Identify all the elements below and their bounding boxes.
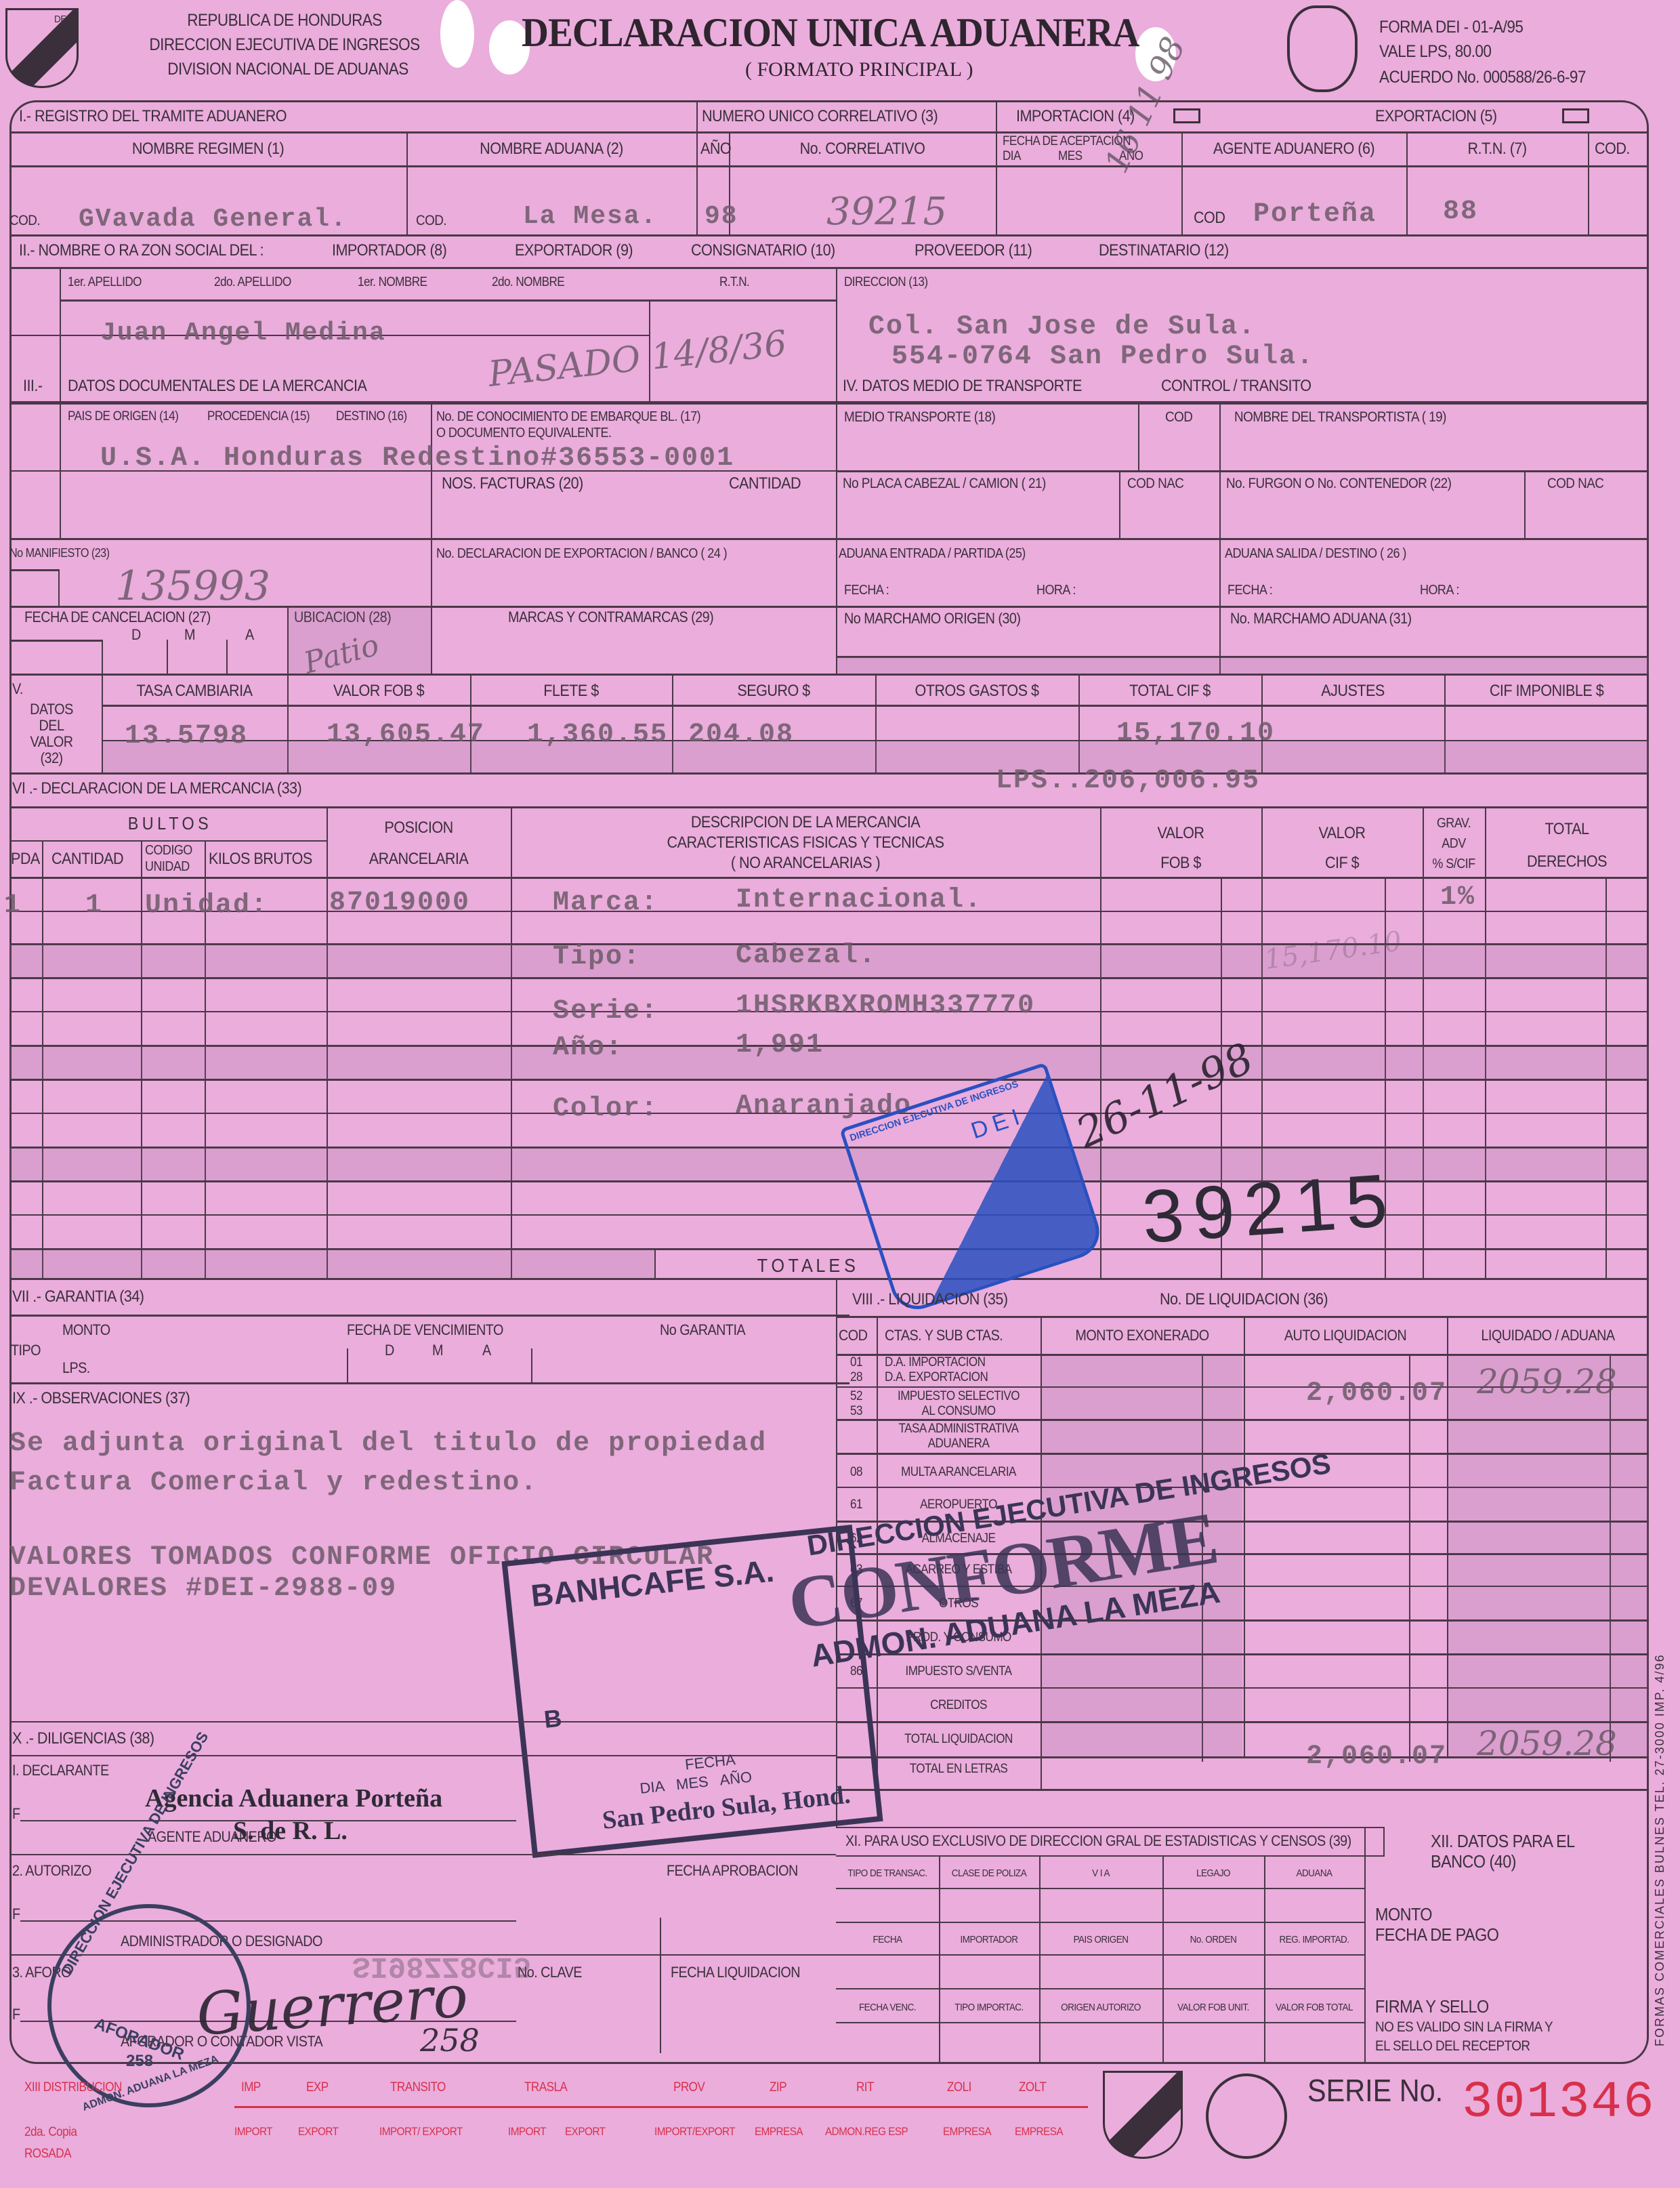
auto-liquidacion-value[interactable]: 2,060.07: [1306, 1378, 1447, 1409]
desc-value-anio[interactable]: 1,991: [736, 1030, 824, 1060]
issuer-line-1: REPUBLICA DE HONDURAS: [156, 11, 413, 30]
desc-label-2: CARACTERISTICAS FISICAS Y TECNICAS: [541, 833, 1071, 852]
adv-label: ADV: [1426, 836, 1482, 852]
liquidado-aduana-handwritten: 2059.28: [1477, 1362, 1617, 1401]
issuer-line-3: DIVISION NACIONAL DE ADUANAS: [145, 60, 432, 79]
dist-top-transito: TRANSITO: [390, 2080, 446, 2095]
section-1-title: I.- REGISTRO DEL TRAMITE ADUANERO: [19, 107, 287, 126]
desc-key-tipo: Tipo:: [553, 942, 641, 972]
total-liquidado-handwritten: 2059.28: [1477, 1724, 1617, 1763]
section-9-title: IX .- OBSERVACIONES (37): [12, 1389, 190, 1408]
dist-bottom-2: IMPORT/ EXPORT: [379, 2125, 463, 2139]
section-6-title: VI .- DECLARACION DE LA MERCANCIA (33): [12, 779, 301, 798]
banco-monto-label: MONTO: [1375, 1904, 1432, 1925]
col-dia: DIA: [1003, 149, 1021, 164]
aduana-salida-label: ADUANA SALIDA / DESTINO ( 26 ): [1225, 546, 1406, 562]
fecha-cancelacion-d: D: [131, 626, 141, 644]
dist-bottom-7: ADMON.REG ESP: [825, 2125, 908, 2139]
desc-key-color: Color:: [553, 1094, 658, 1124]
cod-label-agent: COD: [1194, 209, 1225, 228]
section-4-title: IV. DATOS MEDIO DE TRANSPORTE: [843, 377, 1082, 396]
col-correlativo: No. CORRELATIVO: [742, 140, 983, 159]
unidad-label: UNIDAD: [145, 859, 190, 875]
exportacion-checkbox[interactable]: [1562, 108, 1589, 123]
pda-label: PDA: [11, 850, 40, 869]
dist-top-imp: IMP: [241, 2080, 261, 2095]
header-fob: VALOR FOB $: [297, 682, 461, 701]
desc-key-serie: Serie:: [553, 996, 658, 1027]
vencimiento-d: D: [385, 1342, 394, 1359]
liq-row-cod-0a: 01: [838, 1355, 875, 1370]
header-seguro: SEGURO $: [682, 682, 865, 701]
banhcafe-stamp-b: B: [543, 1704, 563, 1733]
desc-key-marca: Marca:: [553, 888, 658, 918]
monto-label: MONTO: [62, 1321, 110, 1339]
cod-nac-label-2: COD NAC: [1547, 476, 1603, 492]
form-title: DECLARACION UNICA ADUANERA: [522, 9, 1139, 56]
placa-label: No PLACA CABEZAL / CAMION ( 21): [843, 476, 1046, 492]
totales-label: T O T A L E S: [727, 1255, 885, 1277]
aforo-number-handwritten: 258: [420, 2022, 480, 2059]
form-agreement: ACUERDO No. 000588/26-6-97: [1379, 68, 1586, 87]
aduana-entrada-label: ADUANA ENTRADA / PARTIDA (25): [839, 546, 1026, 562]
dist-top-prov: PROV: [673, 2080, 705, 2095]
estad-row1-2: V I A: [1045, 1867, 1156, 1879]
banco-firma-label: FIRMA Y SELLO: [1375, 1996, 1489, 2017]
vencimiento-label: FECHA DE VENCIMIENTO: [347, 1321, 503, 1339]
direccion-label: DIRECCION (13): [844, 275, 928, 290]
destino-label: DESTINO (16): [336, 409, 407, 424]
marcas-label: MARCAS Y CONTRAMARCAS (29): [508, 608, 713, 626]
apellido2-label: 2do. APELLIDO: [214, 275, 291, 290]
punch-hole: [440, 0, 474, 68]
banco-no-valido-1: NO ES VALIDO SIN LA FIRMA Y: [1375, 2019, 1553, 2036]
facturas-label: NOS. FACTURAS (20): [442, 474, 583, 493]
proveedor-label: PROVEEDOR (11): [915, 241, 1032, 260]
item-cantidad[interactable]: 1: [85, 890, 103, 921]
rtn-label: R.T.N.: [719, 275, 749, 290]
dist-bottom-5: IMPORT/EXPORT: [654, 2125, 735, 2139]
hora-salida-label: HORA :: [1420, 583, 1459, 598]
col-anio: AÑO: [700, 140, 731, 159]
declarante-f: F: [12, 1805, 20, 1823]
liq-row-cod-4: 61: [838, 1498, 875, 1512]
dist-top-zip: ZIP: [770, 2080, 786, 2095]
col-aduana: NOMBRE ADUANA (2): [421, 140, 681, 159]
section-3-title-2: DATOS DOCUMENTALES DE LA MERCANCIA: [68, 377, 366, 396]
header-flete: FLETE $: [480, 682, 662, 701]
cif-label: CIF $: [1269, 854, 1414, 873]
fecha-cancelacion-label: FECHA DE CANCELACION (27): [24, 608, 211, 626]
col-agente: AGENTE ADUANERO (6): [1193, 140, 1395, 159]
valor-fob-label: VALOR: [1108, 824, 1253, 843]
arancelaria-label: ARANCELARIA: [336, 850, 502, 869]
printer-vertical-text: FORMAS COMERCIALES BULNES TEL. 27-3000 I…: [1653, 1653, 1667, 2046]
distribution-red-line: [234, 2106, 1088, 2108]
correlativo-handwritten: 39215: [826, 190, 947, 234]
destinatario-label: DESTINATARIO (12): [1099, 241, 1229, 260]
section-8-title: VIII .- LIQUIDACION (35): [852, 1290, 1007, 1309]
liq-row-label-9: IMPUESTO S/VENTA: [885, 1664, 1032, 1679]
header-total-cif: TOTAL CIF $: [1088, 682, 1253, 701]
dei-logo-label: DEI: [54, 14, 68, 25]
col-rtn: R.T.N. (7): [1415, 140, 1578, 159]
seguro-value[interactable]: 204.08: [688, 720, 794, 750]
section-5-v: V.: [12, 680, 23, 698]
aduana-value[interactable]: La Mesa.: [523, 202, 657, 231]
banhcafe-stamp: BANHCAFE S.A. B FECHA DIA MES AÑO San Pe…: [501, 1525, 883, 1858]
liq-col-ctas: CTAS. Y SUB CTAS.: [885, 1327, 1003, 1344]
section-5-num: (32): [14, 749, 89, 767]
codigo-label: CODIGO: [145, 843, 192, 859]
liq-row-cod-3: 08: [838, 1465, 875, 1480]
liquidation-stamp-number: 39215: [1139, 1157, 1400, 1260]
estad-row3-2: ORIGEN AUTORIZO: [1045, 2002, 1156, 2013]
nombre2-label: 2do. NOMBRE: [492, 275, 564, 290]
banco-fecha-pago-label: FECHA DE PAGO: [1375, 1924, 1498, 1945]
dist-bottom-9: EMPRESA: [1015, 2125, 1063, 2139]
autorizo-f: F: [12, 1905, 20, 1923]
dist-bottom-3: IMPORT: [508, 2125, 546, 2139]
liq-row-label-0a: D.A. IMPORTACION: [885, 1355, 985, 1370]
col-regimen: NOMBRE REGIMEN (1): [29, 140, 386, 159]
observation-line-2[interactable]: Factura Comercial y redestino.: [9, 1468, 538, 1498]
autorizo-label: 2. AUTORIZO: [12, 1862, 91, 1880]
aforo-f: F: [12, 2006, 20, 2023]
vencimiento-m: M: [432, 1342, 443, 1359]
manifiesto-label: No MANIFIESTO (23): [9, 546, 110, 560]
exportador-label: EXPORTADOR (9): [515, 241, 633, 260]
dist-bottom-1: EXPORT: [298, 2125, 338, 2139]
estad-row3-4: VALOR FOB TOTAL: [1269, 2002, 1359, 2013]
liq-row-label-12: TOTAL EN LETRAS: [885, 1762, 1032, 1777]
derechos-label: DERECHOS: [1493, 852, 1641, 871]
dist-bottom-4: EXPORT: [565, 2125, 605, 2139]
item-posicion[interactable]: 87019000: [329, 888, 470, 918]
form-code: FORMA DEI - 01-A/95: [1379, 18, 1523, 37]
copia-label: 2da. Copia: [24, 2125, 77, 2140]
fecha-liquidacion-label: FECHA LIQUIDACION: [671, 1964, 800, 1981]
transportista-label: NOMBRE DEL TRANSPORTISTA ( 19): [1234, 409, 1446, 426]
header-ajustes: AJUSTES: [1271, 682, 1435, 701]
pais-origen-label: PAIS DE ORIGEN (14): [68, 409, 178, 424]
fecha-cancelacion-m: M: [184, 626, 195, 644]
observation-line-4[interactable]: DEVALORES #DEI-2988-09: [9, 1573, 397, 1604]
liq-row-cod-1b: 53: [838, 1404, 875, 1419]
fob-value[interactable]: 13,605.47: [327, 720, 485, 750]
dei-blue-stamp-center: DEI: [968, 1102, 1028, 1144]
cod-transporte-label: COD: [1165, 409, 1192, 426]
apellido1-label: 1er. APELLIDO: [68, 275, 142, 290]
agencia-stamp-line-1: Agencia Aduanera Porteña: [145, 1783, 442, 1813]
dist-top-zoli: ZOLI: [947, 2080, 971, 2095]
estad-row2-4: REG. IMPORTAD.: [1269, 1934, 1359, 1945]
estad-row3-0: FECHA VENC.: [841, 2002, 934, 2013]
dist-top-rit: RIT: [856, 2080, 874, 2095]
furgon-label: No. FURGON O No. CONTENEDOR (22): [1226, 476, 1451, 492]
regimen-value[interactable]: GVavada General.: [79, 205, 348, 234]
cod-nac-label: COD NAC: [1127, 476, 1183, 492]
no-liquidacion-label: No. DE LIQUIDACION (36): [1160, 1290, 1328, 1309]
estad-row3-1: TIPO IMPORTAC.: [944, 2002, 1034, 2013]
section-2-title: II.- NOMBRE O RA ZON SOCIAL DEL :: [19, 241, 264, 260]
distribucion-label: XIII DISTRIBUCION: [24, 2080, 122, 2095]
liq-row-label-3: MULTA ARANCELARIA: [885, 1465, 1032, 1480]
bultos-label: B U L T O S: [25, 813, 310, 834]
section-11-title: XI. PARA USO EXCLUSIVO DE DIRECCION GRAL…: [845, 1832, 1351, 1850]
fecha-entrada-label: FECHA :: [844, 583, 889, 598]
numero-unico-label: NUMERO UNICO CORRELATIVO (3): [702, 107, 938, 126]
fob-label: FOB $: [1108, 854, 1253, 873]
kilos-label: KILOS BRUTOS: [209, 850, 312, 869]
cod-label-2: COD.: [416, 213, 446, 229]
importacion-checkbox[interactable]: [1173, 108, 1200, 123]
total-cif-value[interactable]: 15,170.10: [1116, 718, 1275, 749]
fecha-cancelacion-a: A: [245, 626, 254, 644]
control-transito-label: CONTROL / TRANSITO: [1161, 377, 1311, 396]
marchamo-aduana-label: No. MARCHAMO ADUANA (31): [1230, 610, 1412, 627]
liq-row-label-0b: D.A. EXPORTACION: [885, 1370, 988, 1385]
desc-label-1: DESCRIPCION DE LA MERCANCIA: [541, 813, 1071, 832]
desc-key-anio: Año:: [553, 1033, 623, 1063]
importador-label: IMPORTADOR (8): [332, 241, 446, 260]
header-tasa: TASA CAMBIARIA: [111, 682, 278, 701]
declarante-label: I. DECLARANTE: [12, 1762, 109, 1779]
liq-col-liquidado: LIQUIDADO / ADUANA: [1457, 1327, 1639, 1344]
item-grav[interactable]: 1%: [1440, 882, 1475, 913]
exportacion-label: EXPORTACION (5): [1375, 107, 1497, 126]
liq-col-cod: COD: [839, 1327, 867, 1344]
section-5-valor: VALOR: [14, 733, 89, 751]
estad-row1-3: LEGAJO: [1168, 1867, 1259, 1879]
dei-footer-logo-icon: [1103, 2071, 1183, 2159]
section-7-title: VII .- GARANTIA (34): [12, 1287, 144, 1306]
desc-label-3: ( NO ARANCELARIAS ): [541, 854, 1071, 873]
section-5-datos: DATOS: [14, 701, 89, 718]
cantidad-label-6: CANTIDAD: [51, 850, 123, 869]
conocimiento-label: No. DE CONOCIMIENTO DE EMBARQUE BL. (17): [436, 409, 700, 425]
section-12-title-2: BANCO (40): [1431, 1851, 1516, 1872]
form-subtitle: ( FORMATO PRINCIPAL ): [745, 58, 973, 81]
dist-top-exp: EXP: [306, 2080, 329, 2095]
total-label: TOTAL: [1493, 820, 1641, 839]
liq-row-label-10: CREDITOS: [885, 1698, 1032, 1713]
desc-value-marca[interactable]: Internacional.: [736, 885, 982, 915]
fecha-salida-label: FECHA :: [1227, 583, 1272, 598]
contraloria-seal-icon: [1206, 2073, 1287, 2159]
section-10-title: X .- DILIGENCIAS (38): [12, 1729, 154, 1748]
estad-row2-3: No. ORDEN: [1168, 1934, 1259, 1945]
item-unidad[interactable]: Unidad:: [145, 890, 268, 921]
lps-total-value[interactable]: LPS..206,006.95: [996, 766, 1260, 796]
dist-bottom-6: EMPRESA: [755, 2125, 803, 2139]
desc-value-tipo[interactable]: Cabezal.: [736, 941, 877, 971]
honduras-coat-of-arms-icon: [1287, 5, 1358, 92]
grav-label: GRAV.: [1426, 816, 1482, 831]
importer-name-value[interactable]: Juan Angel Medina: [100, 318, 386, 348]
doc-equivalente-label: O DOCUMENTO EQUIVALENTE.: [436, 426, 611, 441]
liq-row-label-1a: IMPUESTO SELECTIVO: [885, 1389, 1032, 1404]
issuer-line-2: DIRECCION EJECUTIVA DE INGRESOS: [126, 35, 443, 55]
liq-row-cod-0b: 28: [838, 1370, 875, 1385]
estad-row1-0: TIPO DE TRANSAC.: [841, 1867, 934, 1879]
procedencia-label: PROCEDENCIA (15): [207, 409, 310, 424]
cantidad-label: CANTIDAD: [729, 474, 801, 493]
customs-declaration-form: DEI REPUBLICA DE HONDURAS DIRECCION EJEC…: [0, 0, 1680, 2188]
section-3-title: III.-: [23, 377, 43, 396]
liq-col-auto: AUTO LIQUIDACION: [1254, 1327, 1437, 1344]
dist-bottom-0: IMPORT: [234, 2125, 272, 2139]
liq-col-exonerado: MONTO EXONERADO: [1051, 1327, 1234, 1344]
header-cif-imponible: CIF IMPONIBLE $: [1454, 682, 1639, 701]
vencimiento-a: A: [482, 1342, 491, 1359]
estad-row1-4: ADUANA: [1269, 1867, 1359, 1879]
dist-top-trasla: TRASLA: [524, 2080, 567, 2095]
cod-label: COD.: [9, 213, 40, 229]
posicion-label: POSICION: [336, 819, 502, 838]
estad-row2-1: IMPORTADOR: [944, 1934, 1034, 1945]
dist-bottom-8: EMPRESA: [943, 2125, 991, 2139]
valor-cif-label: VALOR: [1269, 824, 1414, 843]
col-mes: MES: [1058, 149, 1082, 164]
address-line-1[interactable]: Col. San Jose de Sula.: [868, 312, 1256, 342]
liq-row-label-2b: ADUANERA: [885, 1437, 1032, 1451]
rtn-value[interactable]: 88: [1443, 197, 1478, 227]
col-cod: COD.: [1595, 140, 1630, 159]
nombre1-label: 1er. NOMBRE: [358, 275, 427, 290]
aforador-round-seal: DIRECCION EJECUTIVA DE INGRESOS AFORADOR…: [47, 1904, 251, 2107]
agente-value[interactable]: Porteña: [1253, 199, 1377, 230]
dist-top-zolt: ZOLT: [1019, 2080, 1046, 2095]
banco-no-valido-2: EL SELLO DEL RECEPTOR: [1375, 2038, 1530, 2055]
total-auto-value[interactable]: 2,060.07: [1306, 1741, 1447, 1772]
estad-row2-2: PAIS ORIGEN: [1045, 1934, 1156, 1945]
address-line-2[interactable]: 554-0764 San Pedro Sula.: [891, 342, 1314, 372]
agencia-stamp-line-2: S. de R. L.: [233, 1816, 348, 1846]
flete-value[interactable]: 1,360.55: [527, 720, 668, 750]
estad-row3-3: VALOR FOB UNIT.: [1168, 2002, 1259, 2013]
serie-number: 301346: [1462, 2073, 1656, 2132]
estad-row1-1: CLASE DE POLIZA: [944, 1867, 1034, 1879]
pct-label: % S/CIF: [1426, 856, 1482, 872]
liq-row-label-1b: AL CONSUMO: [885, 1404, 1032, 1419]
desc-value-serie[interactable]: 1HSRKBXROMH337770: [736, 991, 1035, 1021]
liq-row-label-2a: TASA ADMINISTRATIVA: [885, 1422, 1032, 1437]
marchamo-origen-label: No MARCHAMO ORIGEN (30): [844, 610, 1020, 627]
banhcafe-stamp-name: BANHCAFE S.A.: [529, 1552, 776, 1614]
anio-value[interactable]: 98: [705, 202, 738, 231]
observation-line-1[interactable]: Se adjunta original del titulo de propie…: [9, 1428, 767, 1459]
fecha-aprobacion-label: FECHA APROBACION: [667, 1862, 798, 1880]
tipo-label: TIPO: [11, 1342, 41, 1359]
liq-row-label-11: TOTAL LIQUIDACION: [885, 1732, 1032, 1747]
manifiesto-handwritten: 135993: [115, 562, 270, 610]
liq-row-cod-1a: 52: [838, 1389, 875, 1404]
copia-color-label: ROSADA: [24, 2147, 71, 2162]
form-value: VALE LPS, 80.00: [1379, 42, 1491, 62]
medio-transporte-label: MEDIO TRANSPORTE (18): [844, 409, 995, 426]
estad-row2-0: FECHA: [841, 1934, 934, 1945]
section-5-del: DEL: [14, 717, 89, 735]
round-seal-number: 258: [126, 2052, 153, 2071]
hora-entrada-label: HORA :: [1036, 583, 1076, 598]
serie-label: SERIE No.: [1307, 2072, 1443, 2109]
section-12-title-1: XII. DATOS PARA EL: [1431, 1831, 1575, 1852]
no-garantia-label: No GARANTIA: [660, 1321, 745, 1339]
origin-bl-value[interactable]: U.S.A. Honduras Redestino#36553-0001: [100, 443, 734, 474]
header-otros: OTROS GASTOS $: [885, 682, 1068, 701]
tasa-value[interactable]: 13.5798: [125, 721, 248, 751]
decl-export-label: No. DECLARACION DE EXPORTACION / BANCO (…: [436, 546, 727, 562]
item-pda[interactable]: 1: [4, 890, 22, 921]
consignatario-label: CONSIGNATARIO (10): [691, 241, 835, 260]
lps-label: LPS.: [62, 1359, 90, 1377]
